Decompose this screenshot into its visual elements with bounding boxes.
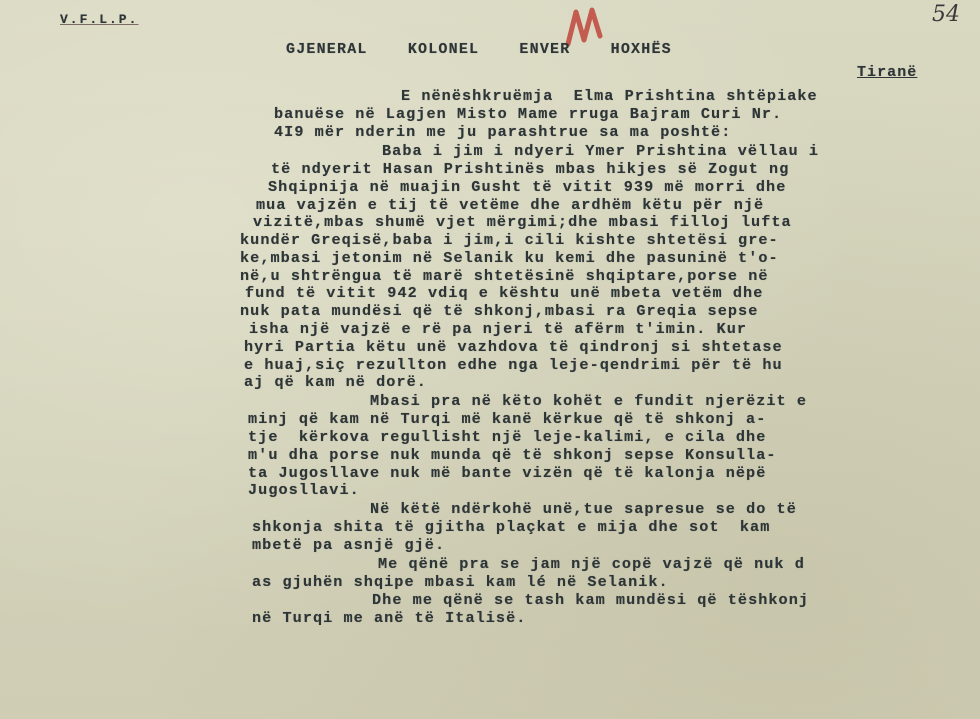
text-line: as gjuhën shqipe mbasi kam lé në Selanik…: [252, 573, 669, 591]
text-line: Mbasi pra në këto kohët e fundit njerëzi…: [370, 392, 807, 410]
text-line: në Turqi me anë të Italisë.: [252, 609, 526, 627]
corner-code: V.F.L.P.: [60, 12, 138, 27]
place-heading: Tiranë: [857, 64, 917, 81]
text-line: minj që kam në Turqi më kanë kërkue që t…: [248, 410, 766, 428]
text-line: m'u dha porse nuk munda që të shkonj sep…: [248, 446, 777, 464]
text-line: ke,mbasi jetonim në Selanik ku kemi dhe …: [240, 249, 779, 267]
text-line: Shqipnija në muajin Gusht të vitit 939 m…: [268, 178, 786, 196]
text-line: hyri Partia këtu unë vazhdova të qindron…: [244, 338, 783, 356]
text-line: nuk pata mundësi që të shkonj,mbasi ra G…: [240, 302, 758, 320]
text-line: ta Jugosllave nuk më bante vizën që të k…: [248, 464, 766, 482]
text-line: Me qënë pra se jam një copë vajzë që nuk…: [378, 555, 805, 573]
text-line: mbetë pa asnjë gjë.: [252, 536, 445, 554]
text-line: shkonja shita të gjitha plaçkat e mija d…: [252, 518, 770, 536]
text-line: aj që kam në dorë.: [244, 373, 427, 391]
text-line: E nënëshkruëmja Elma Prishtina shtëpiake: [401, 87, 818, 105]
text-line: kundër Greqisë,baba i jim,i cili kishte …: [240, 231, 779, 249]
text-line: banuëse në Lagjen Misto Mame rruga Bajra…: [274, 105, 782, 123]
text-line: të ndyerit Hasan Prishtinës mbas hikjes …: [271, 160, 789, 178]
addressee-heading: GJENERAL KOLONEL ENVER HOXHËS: [286, 41, 672, 58]
text-line: në,u shtrëngua të marë shtetësinë shqipt…: [240, 267, 769, 285]
red-handwritten-mark-icon: [560, 6, 620, 46]
text-line: tje kërkova regullisht një leje-kalimi, …: [248, 428, 766, 446]
text-line: Jugosllavi.: [248, 481, 360, 499]
text-line: fund të vitit 942 vdiq e kështu unë mbet…: [245, 284, 763, 302]
scanned-letter-page: V.F.L.P. 54 GJENERAL KOLONEL ENVER HOXHË…: [0, 0, 980, 719]
text-line: vizitë,mbas shumë vjet mërgimi;dhe mbasi…: [253, 213, 792, 231]
text-line: Dhe me qënë se tash kam mundësi që tëshk…: [372, 591, 809, 609]
text-line: e huaj,siç rezullton edhe nga leje-qendr…: [244, 356, 783, 374]
text-line: Baba i jim i ndyeri Ymer Prishtina vëlla…: [382, 142, 819, 160]
text-line: 4I9 mër nderin me ju parashtrue sa ma po…: [274, 123, 731, 141]
text-line: mua vajzën e tij të vetëme dhe ardhëm kë…: [256, 196, 764, 214]
text-line: isha një vajzë e rë pa njeri të afërm t'…: [249, 320, 747, 338]
text-line: Në këtë ndërkohë unë,tue sapresue se do …: [370, 500, 797, 518]
page-number: 54: [932, 2, 960, 27]
